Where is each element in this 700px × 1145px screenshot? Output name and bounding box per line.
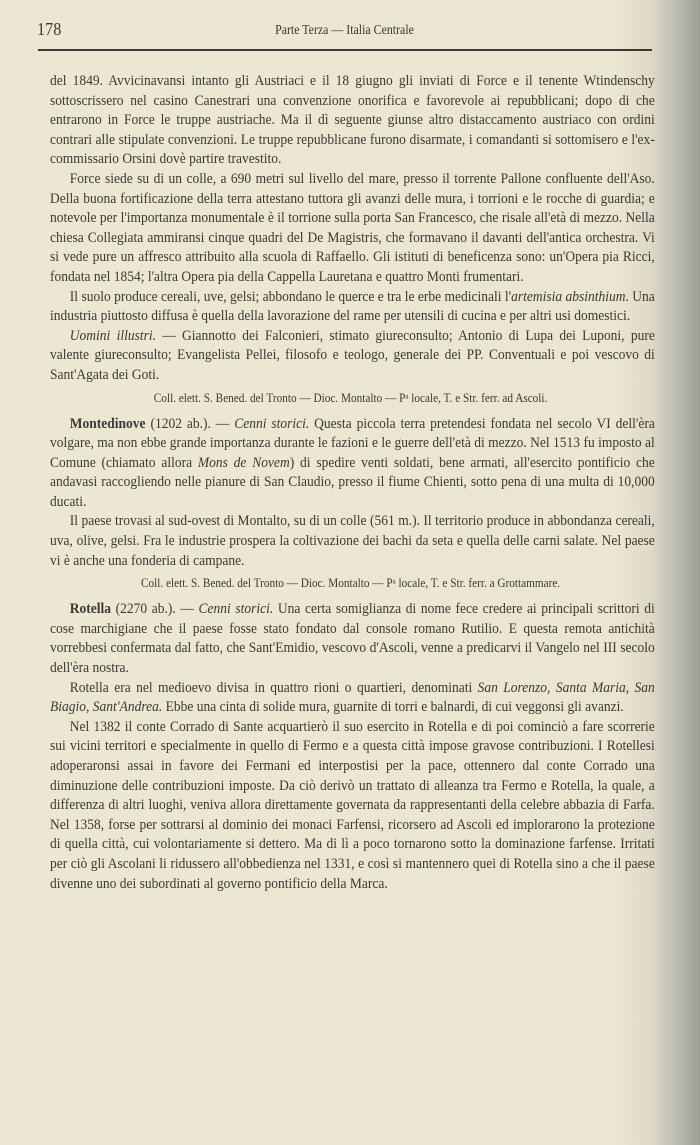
paragraph-rotella-1382: Nel 1382 il conte Corrado di Sante acqua…: [50, 718, 654, 894]
page-body: del 1849. Avvicinavansi intanto gli Aust…: [50, 72, 654, 894]
header-rule: [38, 49, 652, 51]
paragraph-force-agriculture: Il suolo produce cereali, uve, gelsi; ab…: [50, 288, 654, 327]
paragraph-montedinove-history: Montedinove (1202 ab.). — Cenni storici.…: [50, 415, 654, 513]
paragraph-force-history: del 1849. Avvicinavansi intanto gli Aust…: [50, 72, 654, 170]
paragraph-rotella-districts: Rotella era nel medioevo divisa in quatt…: [50, 679, 654, 718]
paragraph-force-description: Force siede su di un colle, a 690 metri …: [50, 170, 654, 288]
section-label: Uomini illustri.: [70, 328, 156, 344]
electoral-info-montedinove: Coll. elett. S. Bened. del Tronto — Dioc…: [50, 575, 654, 592]
electoral-info-force: Coll. elett. S. Bened. del Tronto — Dioc…: [50, 390, 654, 407]
paragraph-rotella-history: Rotella (2270 ab.). — Cenni storici. Una…: [50, 600, 654, 678]
paragraph-force-notable-people: Uomini illustri. — Giannotto dei Falconi…: [50, 327, 654, 386]
book-page: 178 Parte Terza — Italia Centrale del 18…: [0, 0, 700, 1145]
latin-plant-name: artemisia absinthium: [511, 289, 625, 305]
page-header: 178 Parte Terza — Italia Centrale: [37, 14, 652, 54]
paragraph-montedinove-description: Il paese trovasi al sud-ovest di Montalt…: [50, 512, 654, 571]
place-name-rotella: Rotella: [70, 601, 111, 617]
running-title: Parte Terza — Italia Centrale: [74, 22, 615, 38]
page-number: 178: [37, 19, 61, 40]
place-name-montedinove: Montedinove: [70, 416, 146, 432]
